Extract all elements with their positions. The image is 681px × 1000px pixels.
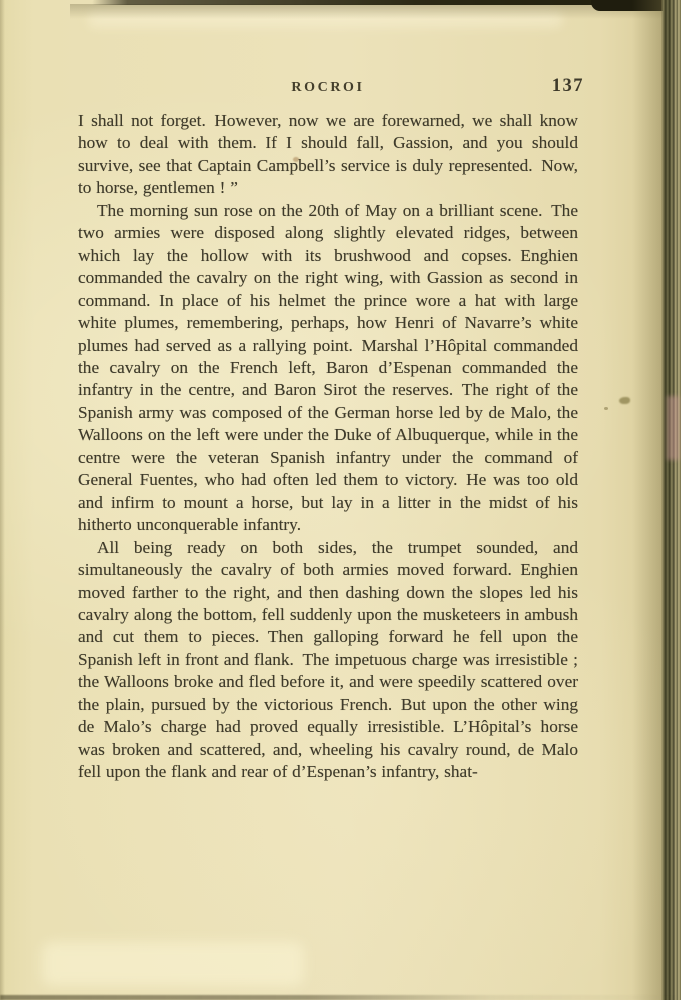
page-body-text: I shall not forget. However, now we are … [78, 110, 578, 784]
page-edge-pink-smudge [667, 396, 680, 460]
paper-light-band-bottom [42, 942, 304, 986]
paragraph-3: All being ready on both sides, the trump… [78, 537, 578, 784]
paragraph-1: I shall not forget. However, now we are … [78, 110, 578, 200]
page-right-shading [632, 0, 662, 1000]
paper-speck [293, 157, 299, 162]
running-head: ROCROI 137 [78, 79, 578, 99]
page-edge-bottom [0, 995, 681, 1000]
paragraph-2: The morning sun rose on the 20th of May … [78, 200, 578, 537]
paper-speck [604, 407, 608, 410]
book-page-stack-edge [661, 0, 681, 1000]
paper-smudge [619, 397, 630, 404]
book-page-scan: ROCROI 137 I shall not forget. However, … [0, 0, 681, 1000]
page-number: 137 [552, 76, 584, 97]
page-edge-left [0, 0, 5, 1000]
running-title: ROCROI [78, 80, 578, 96]
page-top-shading [70, 4, 671, 19]
